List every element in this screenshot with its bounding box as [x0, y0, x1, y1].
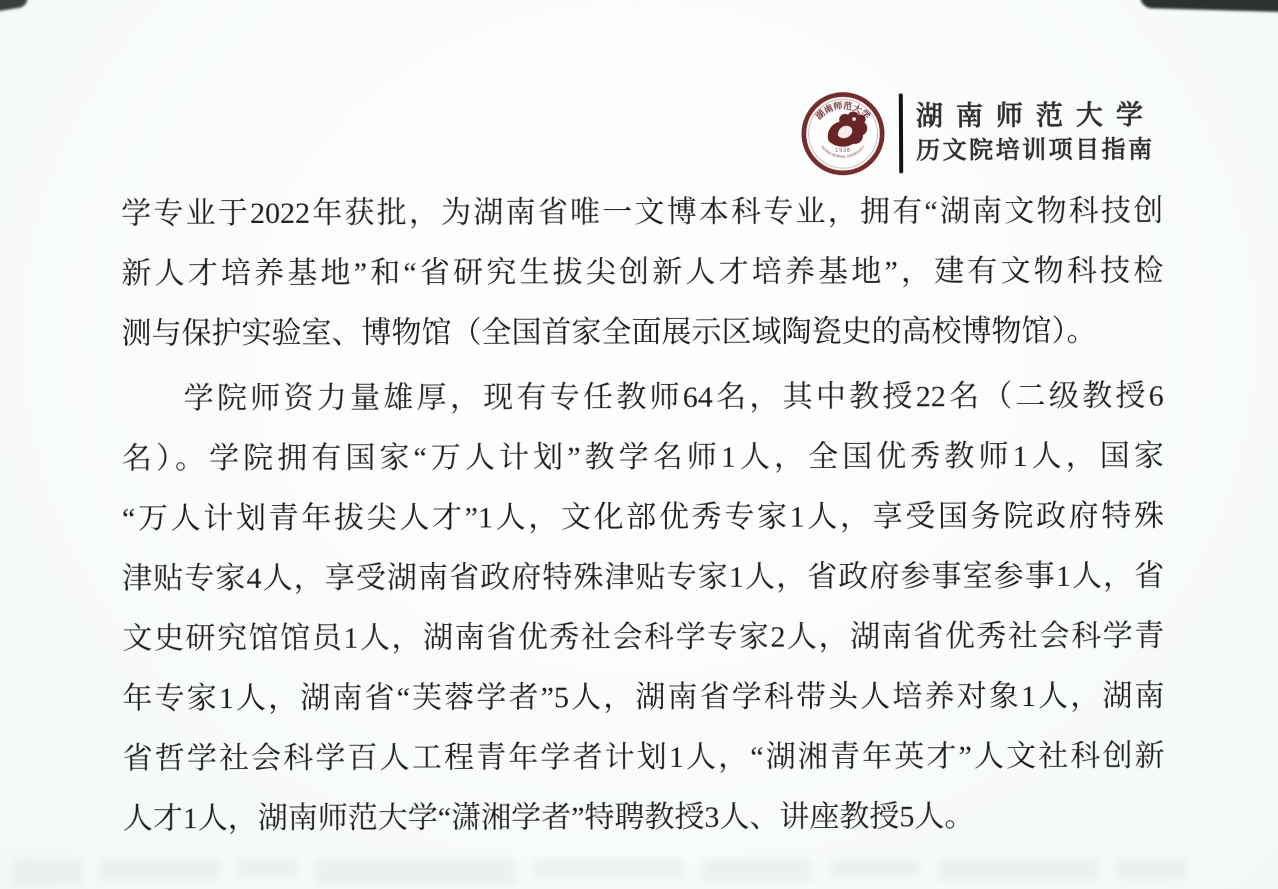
- text-line: 名）。学院拥有国家“万人计划”教学名师1人，全国优秀教师1人，国家: [122, 427, 1164, 490]
- text-line: 测与保护实验室、博物馆（全国首家全面展示区域陶瓷史的高校博物馆）。: [121, 302, 1163, 365]
- text-line: “万人计划青年拔尖人才”1人，文化部优秀专家1人，享受国务院政府特殊: [122, 487, 1164, 550]
- cutoff-next-line-ghost: [0, 859, 1278, 889]
- document-page: 湖南师范大学 1938 HUNAN NORMAL UNIVERSITY 湖南师范…: [0, 0, 1278, 889]
- header-text-block: 湖南师范大学 历文院培训项目指南: [916, 100, 1156, 165]
- text-line: 人才1人，湖南师范大学“潇湘学者”特聘教授3人、讲座教授5人。: [123, 787, 1165, 850]
- text-line: 学专业于2022年获批，为湖南省唯一文博本科专业，拥有“湖南文物科技创: [121, 182, 1163, 245]
- university-name: 湖南师范大学: [916, 100, 1156, 132]
- text-line: 学院师资力量雄厚，现有专任教师64名，其中教授22名（二级教授6: [122, 367, 1164, 430]
- university-seal-icon: 湖南师范大学 1938 HUNAN NORMAL UNIVERSITY: [800, 90, 886, 176]
- photo-edge-artifact-top-left: [0, 0, 29, 12]
- photo-edge-artifact-top-right: [1140, 0, 1278, 12]
- seal-year: 1938: [835, 148, 851, 154]
- header-divider: [899, 93, 903, 173]
- document-header: 湖南师范大学 1938 HUNAN NORMAL UNIVERSITY 湖南师范…: [800, 89, 1156, 177]
- text-line: 年专家1人，湖南省“芙蓉学者”5人，湖南省学科带头人培养对象1人，湖南: [122, 667, 1164, 730]
- text-line: 新人才培养基地”和“省研究生拔尖创新人才培养基地”，建有文物科技检: [121, 242, 1163, 305]
- text-line: 省哲学社会科学百人工程青年学者计划1人，“湖湘青年英才”人文社科创新: [123, 727, 1165, 790]
- document-body: 学专业于2022年获批，为湖南省唯一文博本科专业，拥有“湖南文物科技创 新人才培…: [121, 182, 1165, 850]
- text-line: 文史研究馆馆员1人，湖南省优秀社会科学专家2人，湖南省优秀社会科学青: [122, 607, 1164, 670]
- text-line: 津贴专家4人，享受湖南省政府特殊津贴专家1人，省政府参事室参事1人，省: [122, 547, 1164, 610]
- guide-title: 历文院培训项目指南: [916, 136, 1156, 165]
